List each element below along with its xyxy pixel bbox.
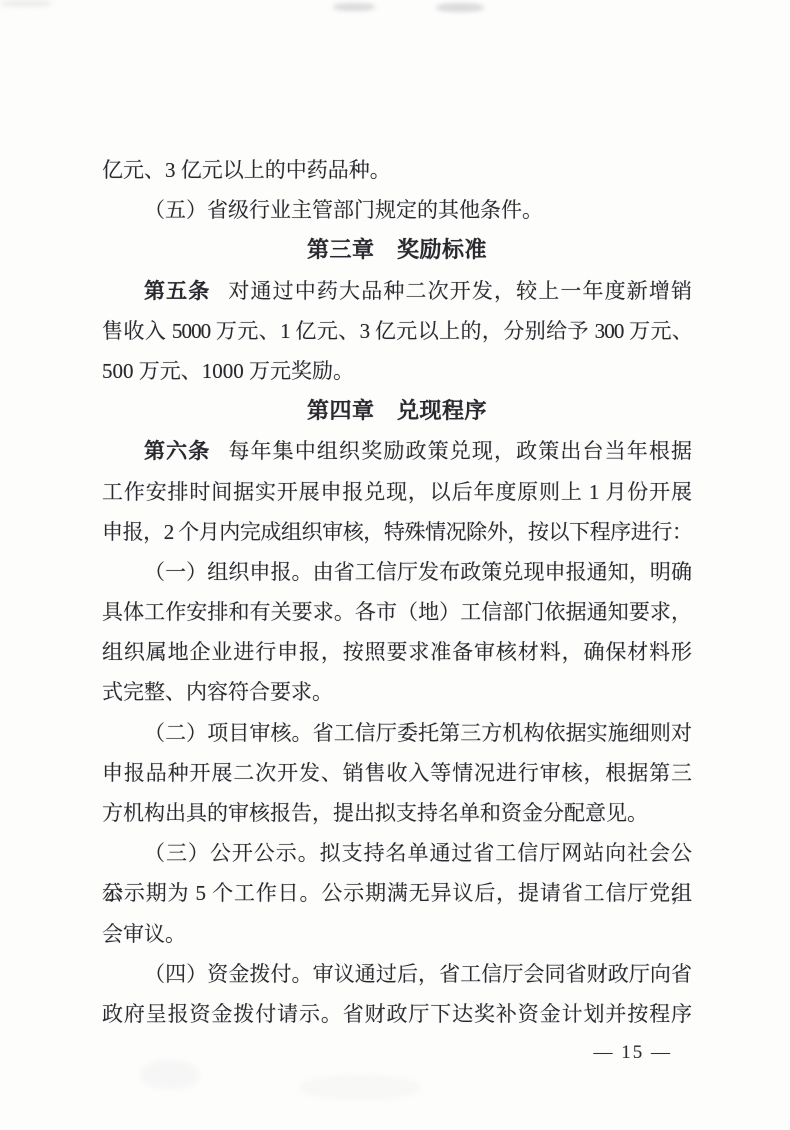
text-line: 会审议。 (102, 914, 692, 954)
text-line-step-4: （四）资金拨付。审议通过后，省工信厅会同省财政厅向省 (102, 954, 692, 994)
scan-noise-smudge (333, 3, 375, 11)
scanned-document-page: 亿元、3 亿元以上的中药品种。 （五）省级行业主管部门规定的其他条件。 第三章 … (0, 0, 790, 1130)
article-6-label: 第六条 (144, 439, 210, 463)
scan-noise-smudge (436, 3, 484, 12)
scan-noise-smudge (0, 0, 52, 7)
scan-noise-smudge (300, 1075, 420, 1100)
article-5-text: 对通过中药大品种二次开发，较上一年度新增销 (228, 279, 692, 303)
text-line: 公示期为 5 个工作日。公示期满无异议后，提请省工信厅党组 (102, 873, 692, 913)
text-line: 组织属地企业进行申报，按照要求准备审核材料，确保材料形 (102, 632, 692, 672)
text-line: 500 万元、1000 万元奖励。 (102, 351, 692, 391)
article-6-text: 每年集中组织奖励政策兑现，政策出台当年根据 (228, 439, 692, 463)
text-line-step-3: （三）公开公示。拟支持名单通过省工信厅网站向社会公示， (102, 833, 692, 873)
text-line: 申报品种开展二次开发、销售收入等情况进行审核，根据第三 (102, 753, 692, 793)
text-line: 申报，2 个月内完成组织审核，特殊情况除外，按以下程序进行： (102, 512, 692, 552)
article-5-label: 第五条 (144, 279, 210, 303)
document-body: 亿元、3 亿元以上的中药品种。 （五）省级行业主管部门规定的其他条件。 第三章 … (102, 150, 692, 1034)
text-line: 式完整、内容符合要求。 (102, 672, 692, 712)
text-line: 工作安排时间据实开展申报兑现，以后年度原则上 1 月份开展 (102, 472, 692, 512)
text-line-article-6: 第六条每年集中组织奖励政策兑现，政策出台当年根据 (102, 431, 692, 471)
chapter-heading-4: 第四章 兑现程序 (102, 391, 692, 431)
scan-noise-smudge (140, 1060, 200, 1090)
text-line-item-five: （五）省级行业主管部门规定的其他条件。 (102, 190, 692, 230)
text-line: 方机构出具的审核报告，提出拟支持名单和资金分配意见。 (102, 793, 692, 833)
text-line: 具体工作安排和有关要求。各市（地）工信部门依据通知要求， (102, 592, 692, 632)
page-number: — 15 — (594, 1041, 673, 1065)
text-line: 亿元、3 亿元以上的中药品种。 (102, 150, 692, 190)
chapter-heading-3: 第三章 奖励标准 (102, 230, 692, 270)
text-line: 售收入 5000 万元、1 亿元、3 亿元以上的，分别给予 300 万元、 (102, 311, 692, 351)
text-line-step-1: （一）组织申报。由省工信厅发布政策兑现申报通知，明确 (102, 552, 692, 592)
text-line-article-5: 第五条对通过中药大品种二次开发，较上一年度新增销 (102, 271, 692, 311)
text-line: 政府呈报资金拨付请示。省财政厅下达奖补资金计划并按程序 (102, 994, 692, 1034)
text-line-step-2: （二）项目审核。省工信厅委托第三方机构依据实施细则对 (102, 713, 692, 753)
